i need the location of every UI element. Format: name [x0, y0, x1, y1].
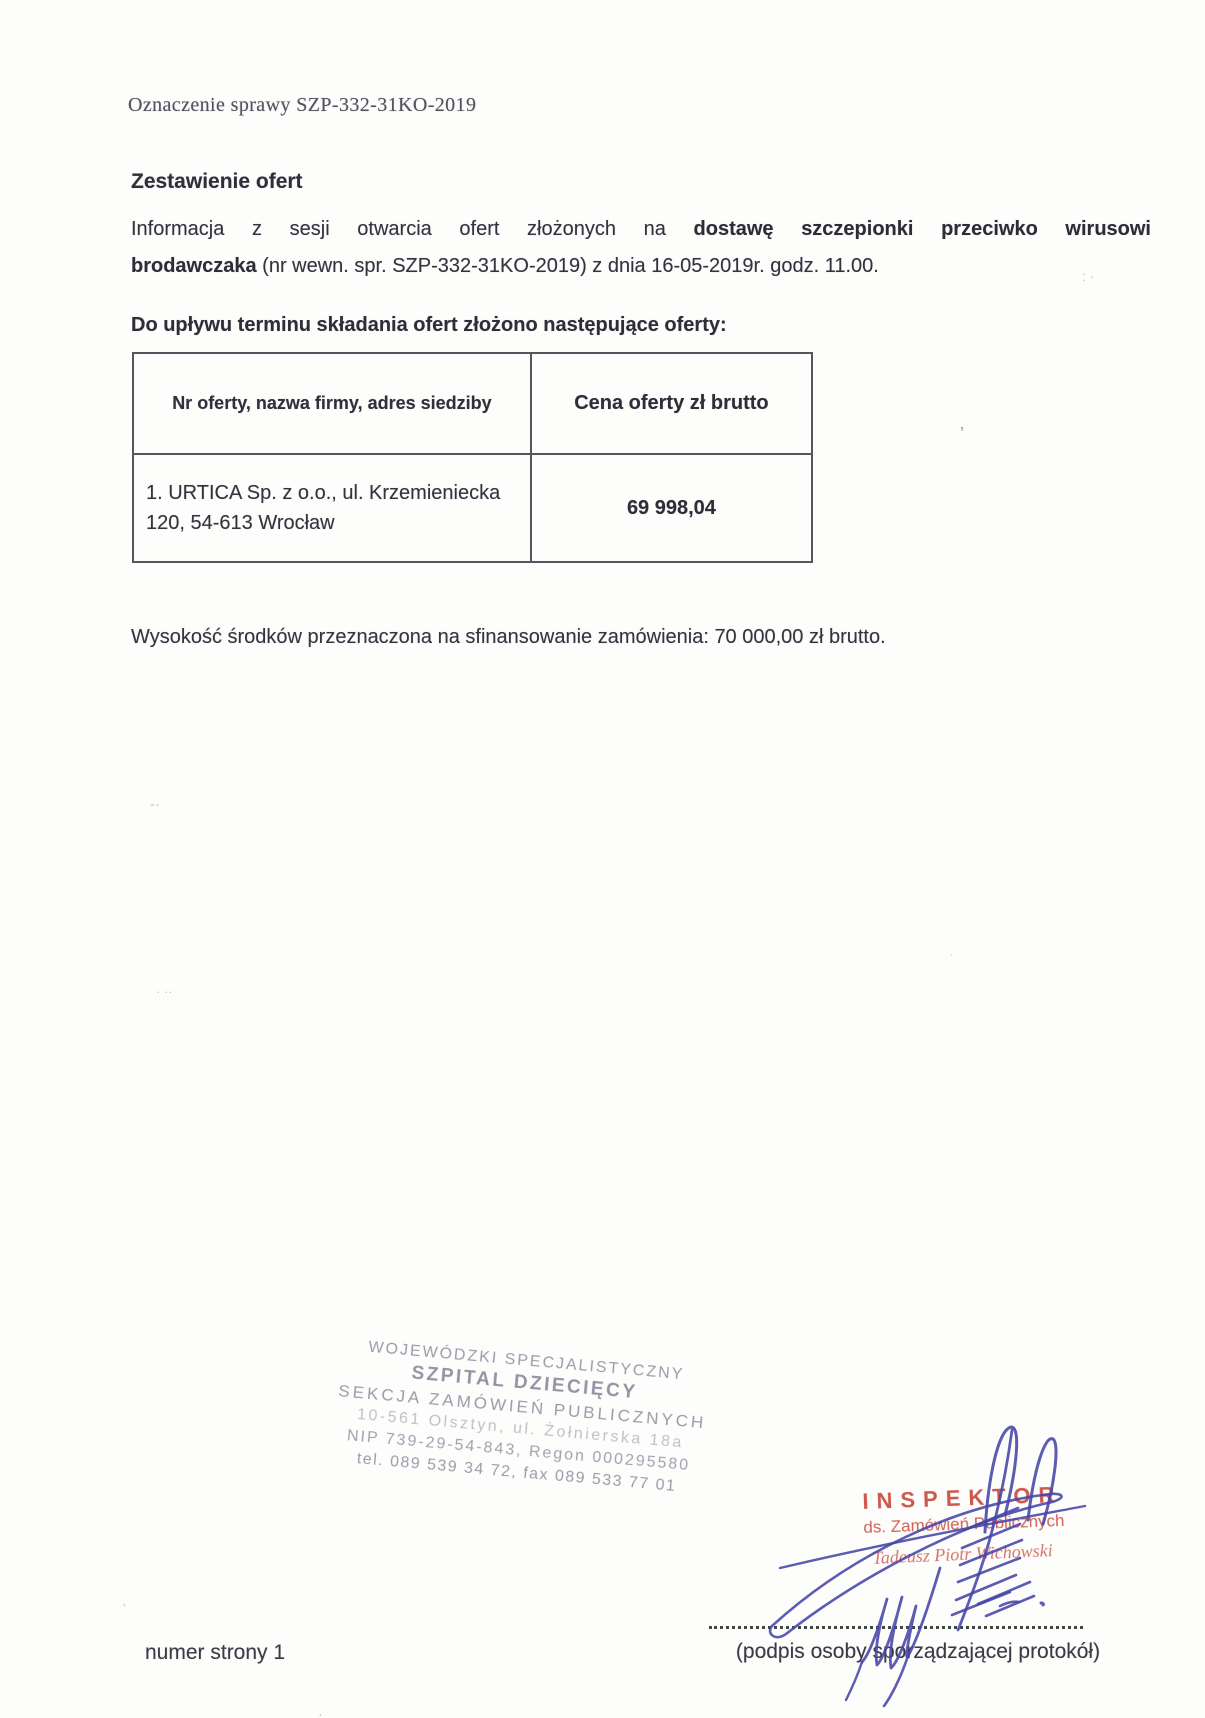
hospital-rubber-stamp: WOJEWÓDZKI SPECJALISTYCZNY SZPITAL DZIEC… [326, 1334, 716, 1501]
scan-artifact: ’ [960, 424, 964, 445]
offers-table-header-row: Nr oferty, nazwa firmy, adres siedziby C… [134, 354, 811, 453]
intro-line1-normal: Informacja z sesji otwarcia ofert złożon… [131, 218, 666, 240]
inspector-stamp-subtitle: ds. Zamówień Publicznych [863, 1510, 1094, 1538]
scanned-document-page: Oznaczenie sprawy SZP-332-31KO-2019 Zest… [0, 0, 1205, 1718]
intro-paragraph: Informacja z sesji otwarcia ofert złożon… [131, 211, 1151, 285]
page-title: Zestawienie ofert [131, 170, 303, 194]
inspector-stamp-title: INSPEKTOR [862, 1481, 1093, 1515]
signature-caption: (podpis osoby sporządzającej protokół) [692, 1640, 1144, 1664]
table-row: 1. URTICA Sp. z o.o., ul. Krzemieniecka … [134, 453, 811, 561]
scan-artifact: ` [122, 1602, 127, 1619]
scan-artifact: · ·· [156, 984, 173, 999]
offers-table-header-offer: Nr oferty, nazwa firmy, adres siedziby [134, 354, 532, 453]
offers-table: Nr oferty, nazwa firmy, adres siedziby C… [132, 352, 813, 563]
offers-subheading: Do upływu terminu składania ofert złożon… [131, 314, 727, 337]
intro-line-1: Informacja z sesji otwarcia ofert złożon… [131, 211, 1151, 248]
signature-dotted-line [709, 1600, 1083, 1629]
intro-line-2: brodawczaka (nr wewn. spr. SZP-332-31KO-… [131, 248, 1151, 285]
offer-cell: 1. URTICA Sp. z o.o., ul. Krzemieniecka … [134, 453, 532, 561]
page-number: numer strony 1 [145, 1641, 285, 1665]
inspector-red-stamp: INSPEKTOR ds. Zamówień Publicznych [862, 1481, 1094, 1538]
scan-artifact: · [318, 1706, 323, 1718]
price-cell: 69 998,04 [532, 453, 811, 561]
inspector-stamp-name: Tadeusz Piotr Wichowski [872, 1540, 1053, 1569]
scan-artifact: ˙ [950, 952, 954, 967]
case-reference: Oznaczenie sprawy SZP-332-31KO-2019 [128, 94, 476, 117]
scan-artifact: -· [150, 796, 160, 813]
intro-line2-normal: (nr wewn. spr. SZP-332-31KO-2019) z dnia… [262, 255, 879, 277]
funds-note: Wysokość środków przeznaczona na sfinans… [131, 626, 886, 649]
offers-table-header-price: Cena oferty zł brutto [532, 354, 811, 453]
intro-line2-bold: brodawczaka [131, 255, 257, 277]
intro-line1-bold: dostawę szczepionki przeciwko wirusowi [694, 218, 1151, 240]
